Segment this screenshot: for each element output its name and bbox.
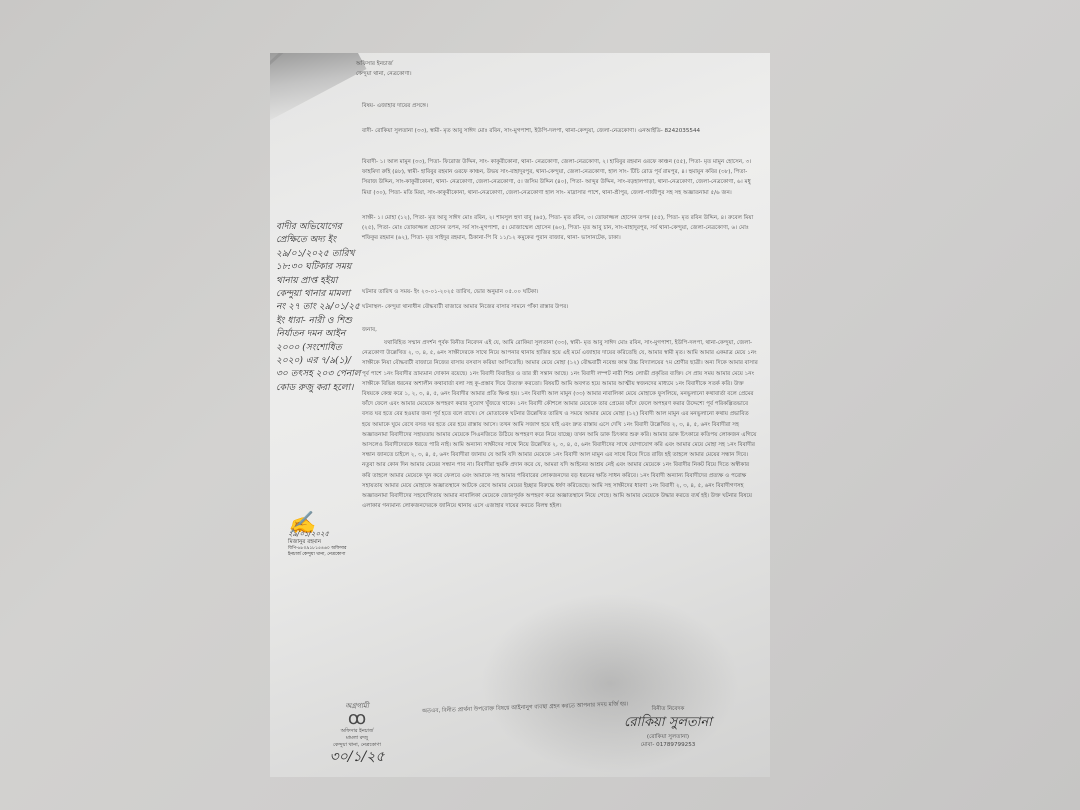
addressee-title: অফিসার ইনচার্জ: [356, 59, 556, 69]
accused-list: বিবাদী- ১। আল মামুন (৩৩), পিতা- ফিরোজ উদ…: [362, 157, 758, 198]
page-fold: [270, 53, 366, 130]
margin-officer-signature: ✍ ২৯/০১/২০২৫ মিজানুর রহমান বিপি-৬৮০৯১৮১৫…: [288, 519, 360, 558]
forwarding-date: ৩০/১/২৫: [292, 749, 422, 765]
subject-line: বিষয়- এজাহার দায়ের প্রসঙ্গে।: [362, 101, 662, 111]
signature-handwritten: রোকিয়া সুলতানা: [598, 713, 738, 733]
officer-name-stamp: মিজানুর রহমান: [288, 539, 360, 546]
document-page: অফিসার ইনচার্জ কেন্দুয়া থানা, নেত্রকোণা…: [270, 53, 770, 777]
complainant-signature: বিনীত নিবেদক রোকিয়া সুলতানা (রোকিয়া সু…: [598, 705, 738, 749]
signature-label: বিনীত নিবেদক: [598, 705, 738, 713]
incident-place: ঘটনাস্থল- কেন্দুয়া থানাধীন বৌদ্ধবাটী বা…: [362, 302, 758, 312]
forwarding-case-label: মামলা রুজু: [292, 735, 422, 742]
forwarding-signature: অগ্রগামী ꝏ অফিসার ইনচার্জ মামলা রুজু কেন…: [292, 703, 422, 765]
forwarding-officer-title: অফিসার ইনচার্জ: [292, 728, 422, 735]
addressee-office: কেন্দুয়া থানা, নেত্রকোণা।: [356, 69, 556, 79]
officer-details-stamp: বিপি-৬৮০৯১৮১৫৪৬০ অফিসার ইনচার্জ কেন্দুয়…: [288, 546, 360, 558]
signatory-name: (রোকিয়া সুলতানা): [598, 733, 738, 741]
signature-scribble: ✍: [288, 519, 360, 529]
witness-list: সাক্ষী- ১। মোহা (১২), পিতা- মৃত আবু সাঈদ…: [362, 213, 758, 244]
salutation: জনাব,: [362, 325, 377, 335]
plaintiff-details: বাদী- রোকিয়া সুলতানা (৩৩), স্বামী- মৃত …: [362, 126, 758, 136]
incident-datetime: ঘটনার তারিখ ও সময়- ইং ২৩-০১-২০২৫ তারিখ,…: [362, 287, 758, 297]
signature-scribble-icon: ꝏ: [292, 710, 422, 728]
signatory-phone: মোবা- 01789799253: [598, 741, 738, 749]
forwarding-office: কেন্দুয়া থানা, নেত্রকোণা: [292, 742, 422, 749]
margin-handwritten-note: বাদীর অভিযোগের প্রেক্ষিতে অদ্য ইং ২৯/০১/…: [276, 221, 362, 395]
margin-signature-date: ২৯/০১/২০২৫: [288, 529, 360, 539]
addressee: অফিসার ইনচার্জ কেন্দুয়া থানা, নেত্রকোণা…: [356, 59, 556, 79]
complaint-body: যথাবিহিত সম্মান প্রদর্শন পূর্বক বিনীত নি…: [362, 338, 758, 511]
